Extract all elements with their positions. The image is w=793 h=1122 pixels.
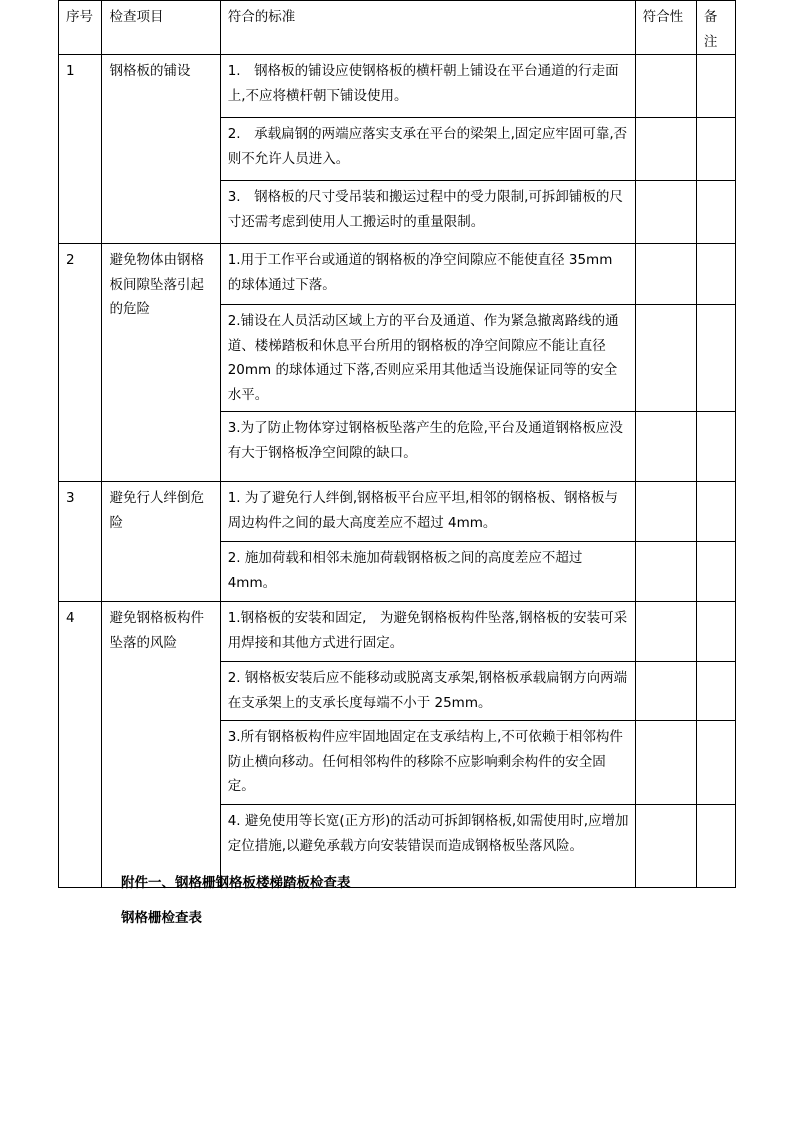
row-number: 1 [59,55,102,244]
criteria-cell: 1. 为了避免行人绊倒,钢格板平台应平坦,相邻的钢格板、钢格板与周边构件之间的最… [220,482,635,542]
inspection-item: 避免物体由钢格板间隙坠落引起的危险 [102,244,220,482]
row-number: 4 [59,602,102,888]
header-item: 检查项目 [102,1,220,55]
remarks-cell[interactable] [696,181,735,244]
remarks-cell[interactable] [696,412,735,482]
header-criteria: 符合的标准 [220,1,635,55]
criteria-cell: 2. 施加荷载和相邻未施加荷载钢格板之间的高度差应不超过 4mm。 [220,542,635,602]
conformity-cell[interactable] [635,805,696,888]
conformity-cell[interactable] [635,412,696,482]
criteria-cell: 1.用于工作平台或通道的钢格板的净空间隙应不能使直径 35mm 的球体通过下落。 [220,244,635,305]
conformity-cell[interactable] [635,542,696,602]
remarks-cell[interactable] [696,602,735,662]
conformity-cell[interactable] [635,181,696,244]
remarks-cell[interactable] [696,244,735,305]
criteria-cell: 2. 钢格板安装后应不能移动或脱离支承架,钢格板承载扁钢方向两端在支承架上的支承… [220,662,635,721]
table-row: 2避免物体由钢格板间隙坠落引起的危险1.用于工作平台或通道的钢格板的净空间隙应不… [59,244,736,305]
remarks-cell[interactable] [696,305,735,412]
remarks-cell[interactable] [696,662,735,721]
remarks-cell[interactable] [696,721,735,805]
conformity-cell[interactable] [635,602,696,662]
conformity-cell[interactable] [635,482,696,542]
header-no: 序号 [59,1,102,55]
inspection-checklist-table: 序号 检查项目 符合的标准 符合性 备注 1钢格板的铺设1. 钢格板的铺设应使钢… [58,0,736,888]
inspection-item: 钢格板的铺设 [102,55,220,244]
inspection-item: 避免行人绊倒危险 [102,482,220,602]
conformity-cell[interactable] [635,662,696,721]
remarks-cell[interactable] [696,805,735,888]
row-number: 3 [59,482,102,602]
criteria-cell: 3. 钢格板的尺寸受吊装和搬运过程中的受力限制,可拆卸铺板的尺寸还需考虑到使用人… [220,181,635,244]
criteria-cell: 2. 承载扁钢的两端应落实支承在平台的梁架上,固定应牢固可靠,否则不允许人员进入… [220,118,635,181]
table-header-row: 序号 检查项目 符合的标准 符合性 备注 [59,1,736,55]
conformity-cell[interactable] [635,244,696,305]
criteria-cell: 1. 钢格板的铺设应使钢格板的横杆朝上铺设在平台通道的行走面上,不应将横杆朝下铺… [220,55,635,118]
criteria-cell: 2.铺设在人员活动区域上方的平台及通道、作为紧急撤离路线的通道、楼梯踏板和休息平… [220,305,635,412]
criteria-cell: 3.所有钢格板构件应牢固地固定在支承结构上,不可依赖于相邻构件防止横向移动。任何… [220,721,635,805]
header-conformity: 符合性 [635,1,696,55]
conformity-cell[interactable] [635,305,696,412]
conformity-cell[interactable] [635,55,696,118]
conformity-cell[interactable] [635,721,696,805]
header-remarks: 备注 [696,1,735,55]
row-number: 2 [59,244,102,482]
attachment-title: 附件一、钢格栅钢格板楼梯踏板检查表 [121,871,351,891]
criteria-cell: 1.钢格板的安装和固定, 为避免钢格板构件坠落,钢格板的安装可采用焊接和其他方式… [220,602,635,662]
remarks-cell[interactable] [696,55,735,118]
conformity-cell[interactable] [635,118,696,181]
table-row: 1钢格板的铺设1. 钢格板的铺设应使钢格板的横杆朝上铺设在平台通道的行走面上,不… [59,55,736,118]
inspection-item: 避免钢格板构件坠落的风险 [102,602,220,888]
checklist-subtitle: 钢格栅检查表 [121,906,202,926]
table-row: 3避免行人绊倒危险1. 为了避免行人绊倒,钢格板平台应平坦,相邻的钢格板、钢格板… [59,482,736,542]
criteria-cell: 3.为了防止物体穿过钢格板坠落产生的危险,平台及通道钢格板应没有大于钢格板净空间… [220,412,635,482]
remarks-cell[interactable] [696,542,735,602]
remarks-cell[interactable] [696,118,735,181]
table-row: 4避免钢格板构件坠落的风险1.钢格板的安装和固定, 为避免钢格板构件坠落,钢格板… [59,602,736,662]
remarks-cell[interactable] [696,482,735,542]
